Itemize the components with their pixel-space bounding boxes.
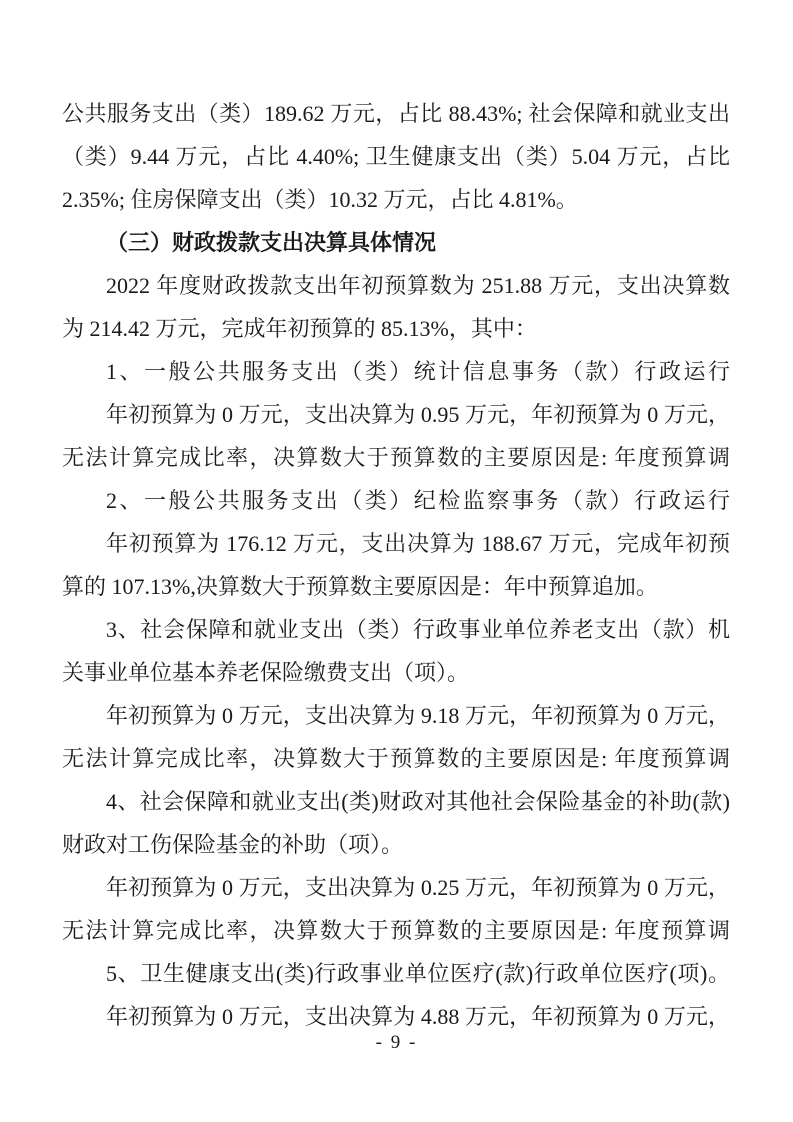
section-heading: （三）财政拨款支出决算具体情况 bbox=[62, 221, 730, 264]
page-number: - 9 - bbox=[0, 1032, 793, 1054]
body-text-line: 公共服务支出（类）189.62 万元，占比 88.43%; 社会保障和就业支出 bbox=[62, 92, 730, 135]
document-page: 公共服务支出（类）189.62 万元，占比 88.43%; 社会保障和就业支出（… bbox=[0, 0, 793, 1122]
body-text-line: 3、社会保障和就业支出（类）行政事业单位养老支出（款）机 bbox=[62, 608, 730, 651]
body-text-line: 无法计算完成比率，决算数大于预算数的主要原因是: 年度预算调整。 bbox=[62, 737, 730, 780]
body-text-line: 为 214.42 万元，完成年初预算的 85.13%，其中： bbox=[62, 307, 730, 350]
body-text-line: 无法计算完成比率，决算数大于预算数的主要原因是: 年度预算调整。 bbox=[62, 909, 730, 952]
document-body: 公共服务支出（类）189.62 万元，占比 88.43%; 社会保障和就业支出（… bbox=[62, 92, 730, 1038]
body-text-line: 无法计算完成比率，决算数大于预算数的主要原因是: 年度预算调整。 bbox=[62, 436, 730, 479]
body-text-line: 2.35%; 住房保障支出（类）10.32 万元，占比 4.81%。 bbox=[62, 178, 730, 221]
body-text-line: 5、卫生健康支出(类)行政事业单位医疗(款)行政单位医疗(项)。 bbox=[62, 952, 730, 995]
body-text-line: 2、一般公共服务支出（类）纪检监察事务（款）行政运行（项）。 bbox=[62, 479, 730, 522]
body-text-line: 2022 年度财政拨款支出年初预算数为 251.88 万元，支出决算数 bbox=[62, 264, 730, 307]
body-text-line: 算的 107.13%,决算数大于预算数主要原因是：年中预算追加。 bbox=[62, 565, 730, 608]
body-text-line: 1、一般公共服务支出（类）统计信息事务（款）行政运行（项）。 bbox=[62, 350, 730, 393]
body-text-line: 年初预算为 0 万元，支出决算为 0.25 万元，年初预算为 0 万元， bbox=[62, 866, 730, 909]
body-text-line: 财政对工伤保险基金的补助（项）。 bbox=[62, 823, 730, 866]
body-text-line: （类）9.44 万元，占比 4.40%; 卫生健康支出（类）5.04 万元，占比 bbox=[62, 135, 730, 178]
body-text-line: 关事业单位基本养老保险缴费支出（项）。 bbox=[62, 651, 730, 694]
body-text-line: 4、社会保障和就业支出(类)财政对其他社会保险基金的补助(款) bbox=[62, 780, 730, 823]
body-text-line: 年初预算为 0 万元，支出决算为 9.18 万元，年初预算为 0 万元， bbox=[62, 694, 730, 737]
body-text-line: 年初预算为 0 万元，支出决算为 0.95 万元，年初预算为 0 万元， bbox=[62, 393, 730, 436]
body-text-line: 年初预算为 176.12 万元，支出决算为 188.67 万元，完成年初预 bbox=[62, 522, 730, 565]
